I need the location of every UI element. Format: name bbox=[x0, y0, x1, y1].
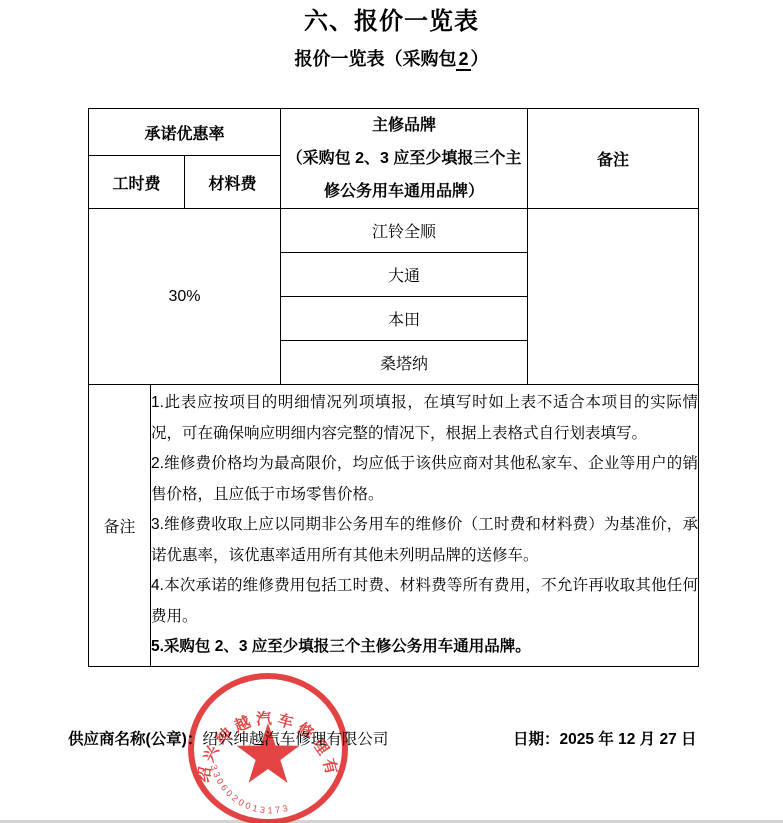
date-label: 日期： bbox=[513, 731, 560, 748]
brand-cell: 本田 bbox=[281, 297, 528, 341]
subtitle-suffix: ） bbox=[471, 49, 489, 69]
header-labor-fee: 工时费 bbox=[89, 156, 185, 209]
signature-line: 供应商名称(公章)：绍兴绅越汽车修理有限公司 日期：2025 年 12 月 27… bbox=[0, 727, 783, 751]
header-discount-rate: 承诺优惠率 bbox=[89, 109, 281, 156]
supplier-name-field: 供应商名称(公章)：绍兴绅越汽车修理有限公司 bbox=[68, 727, 388, 749]
notes-label: 备注 bbox=[89, 385, 151, 667]
remark-empty-cell bbox=[528, 209, 699, 385]
brand-cell: 桑塔纳 bbox=[281, 341, 528, 385]
note-item: 4.本次承诺的维修费用包括工时费、材料费等所有费用，不允许再收取其他任何费用。 bbox=[151, 571, 698, 632]
note-item: 2.维修费价格均为最高限价，均应低于该供应商对其他私家车、企业等用户的销售价格，… bbox=[151, 449, 698, 510]
date-field: 日期：2025 年 12 月 27 日 bbox=[513, 727, 697, 749]
page-title: 六、报价一览表 bbox=[0, 1, 783, 36]
notes-cell: 1.此表应按项目的明细情况列项填报，在填写时如上表不适合本项目的实际情况，可在确… bbox=[151, 385, 699, 667]
note-item: 3.维修费收取上应以同期非公务用车的维修价（工时费和材料费）为基准价，承诺优惠率… bbox=[151, 510, 698, 571]
table-row: 备注 1.此表应按项目的明细情况列项填报，在填写时如上表不适合本项目的实际情况，… bbox=[89, 385, 699, 667]
brand-cell: 江铃全顺 bbox=[281, 209, 528, 253]
subtitle-prefix: 报价一览表（采购包 bbox=[294, 49, 456, 69]
package-number: 2 bbox=[456, 49, 470, 71]
date-value: 2025 年 12 月 27 日 bbox=[560, 731, 697, 748]
note-item: 1.此表应按项目的明细情况列项填报，在填写时如上表不适合本项目的实际情况，可在确… bbox=[151, 388, 698, 449]
brand-header-note: （采购包 2、3 应至少填报三个主修公务用车通用品牌） bbox=[281, 142, 527, 208]
discount-rate-value: 30% bbox=[89, 209, 281, 385]
note-item: 5.采购包 2、3 应至少填报三个主修公务用车通用品牌。 bbox=[151, 632, 698, 663]
table-row: 30% 江铃全顺 bbox=[89, 209, 699, 253]
header-material-fee: 材料费 bbox=[185, 156, 281, 209]
quotation-table: 承诺优惠率 主修品牌（采购包 2、3 应至少填报三个主修公务用车通用品牌） 备注… bbox=[88, 108, 699, 667]
supplier-name: 绍兴绅越汽车修理有限公司 bbox=[202, 731, 388, 748]
table-subtitle: 报价一览表（采购包2） bbox=[0, 45, 783, 71]
header-remark: 备注 bbox=[528, 109, 699, 209]
supplier-label: 供应商名称(公章)： bbox=[68, 731, 202, 748]
brand-cell: 大通 bbox=[281, 253, 528, 297]
header-main-brands: 主修品牌（采购包 2、3 应至少填报三个主修公务用车通用品牌） bbox=[281, 109, 528, 209]
brand-header-title: 主修品牌 bbox=[281, 109, 527, 142]
